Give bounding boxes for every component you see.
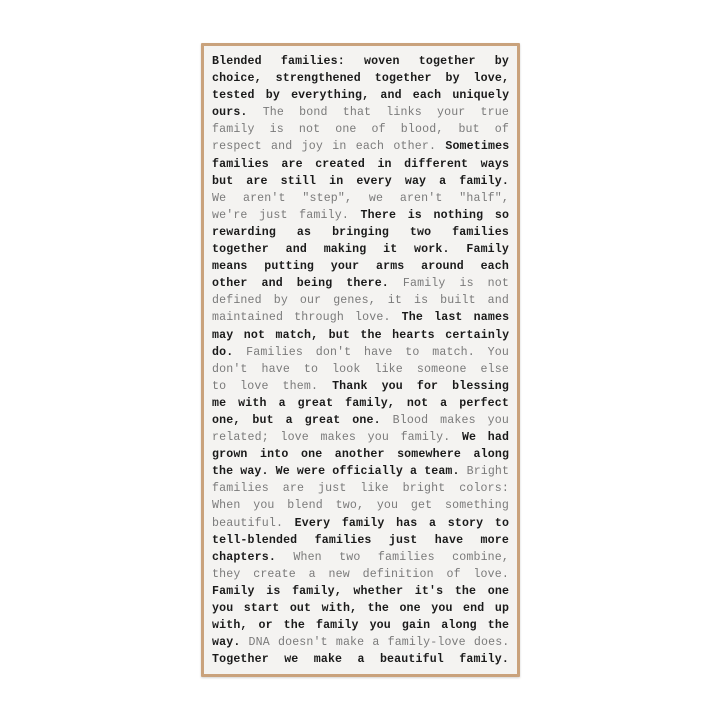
quote-bold-segment: Family is family, whether it's the one — [212, 585, 509, 598]
quote-bold-segment: The last names — [391, 311, 510, 324]
text-line: together and making it work. Family — [212, 241, 509, 258]
text-line: maintained through love. The last names — [212, 309, 509, 326]
quote-light-segment: we're just family. — [212, 209, 349, 222]
text-line: Family is family, whether it's the one — [212, 583, 509, 600]
wooden-sign: Blended families: woven together bychoic… — [201, 43, 520, 677]
quote-bold-segment: together and making it work. Family — [212, 243, 509, 256]
quote-bold-segment: way. — [212, 636, 240, 649]
text-line: with, or the family you gain along the — [212, 617, 509, 634]
text-line: tell-blended families just have more — [212, 532, 509, 549]
quote-bold-segment: rewarding as bringing two families — [212, 226, 509, 239]
quote-bold-segment: grown into one another somewhere along — [212, 448, 509, 461]
quote-light-segment: they create a new definition of love. — [212, 568, 509, 581]
text-line: defined by our genes, it is built and — [212, 292, 509, 309]
text-line: you start out with, the one you end up — [212, 600, 509, 617]
product-photo: Blended families: woven together bychoic… — [0, 0, 720, 720]
quote-bold-segment: tell-blended families just have more — [212, 534, 509, 547]
quote-bold-segment: with, or the family you gain along the — [212, 619, 509, 632]
quote-light-segment: beautiful. — [212, 517, 283, 530]
quote-light-segment: families are just like bright colors: — [212, 482, 509, 495]
quote-bold-segment: Every family has a story to — [283, 517, 509, 530]
text-line: When you blend two, you get something — [212, 497, 509, 514]
quote-bold-segment: means putting your arms around each — [212, 260, 509, 273]
text-line: the way. We were officially a team. Brig… — [212, 463, 509, 480]
text-line: but are still in every way a family. — [212, 173, 509, 190]
quote-bold-segment: choice, strengthened together by love, — [212, 72, 509, 85]
text-line: Blended families: woven together by — [212, 53, 509, 70]
quote-light-segment: maintained through love. — [212, 311, 391, 324]
text-line: beautiful. Every family has a story to — [212, 515, 509, 532]
quote-light-segment: family is not one of blood, but of — [212, 123, 509, 136]
quote-light-segment: Family is not — [389, 277, 509, 290]
text-line: we're just family. There is nothing so — [212, 207, 509, 224]
quote-light-segment: Blood makes you — [381, 414, 509, 427]
quote-light-segment: related; love makes you family. — [212, 431, 450, 444]
quote-bold-segment: families are created in different ways — [212, 158, 509, 171]
text-line: they create a new definition of love. — [212, 566, 509, 583]
quote-light-segment: We aren't "step", we aren't "half", — [212, 192, 509, 205]
text-line: related; love makes you family. We had — [212, 429, 509, 446]
text-line: me with a great family, not a perfect — [212, 395, 509, 412]
text-line: respect and joy in each other. Sometimes — [212, 138, 509, 155]
text-line: We aren't "step", we aren't "half", — [212, 190, 509, 207]
text-line: ours. The bond that links your true — [212, 104, 509, 121]
text-line: don't have to look like someone else — [212, 361, 509, 378]
quote-bold-segment: Together we make a beautiful family. — [212, 653, 509, 666]
quote-bold-segment: ours. — [212, 106, 248, 119]
quote-bold-segment: Thank you for blessing — [318, 380, 509, 393]
quote-light-segment: When two families combine, — [276, 551, 509, 564]
text-line: may not match, but the hearts certainly — [212, 327, 509, 344]
text-line: tested by everything, and each uniquely — [212, 87, 509, 104]
quote-bold-segment: Sometimes — [436, 140, 509, 153]
quote-bold-segment: Blended families: woven together by — [212, 55, 509, 68]
text-line: grown into one another somewhere along — [212, 446, 509, 463]
quote-light-segment: don't have to look like someone else — [212, 363, 509, 376]
quote-bold-segment: me with a great family, not a perfect — [212, 397, 509, 410]
quote-bold-segment: chapters. — [212, 551, 276, 564]
quote-light-segment: Families don't have to match. You — [233, 346, 509, 359]
text-line: family is not one of blood, but of — [212, 121, 509, 138]
text-line: to love them. Thank you for blessing — [212, 378, 509, 395]
quote-bold-segment: you start out with, the one you end up — [212, 602, 509, 615]
quote-bold-segment: other and being there. — [212, 277, 389, 290]
text-line: families are just like bright colors: — [212, 480, 509, 497]
text-line: other and being there. Family is not — [212, 275, 509, 292]
quote-light-segment: Bright — [460, 465, 510, 478]
text-line: rewarding as bringing two families — [212, 224, 509, 241]
sign-quote-text: Blended families: woven together bychoic… — [212, 53, 509, 668]
quote-bold-segment: tested by everything, and each uniquely — [212, 89, 509, 102]
quote-light-segment: to love them. — [212, 380, 318, 393]
text-line: Together we make a beautiful family. — [212, 651, 509, 668]
text-line: chapters. When two families combine, — [212, 549, 509, 566]
text-line: families are created in different ways — [212, 156, 509, 173]
quote-bold-segment: may not match, but the hearts certainly — [212, 329, 509, 342]
quote-light-segment: defined by our genes, it is built and — [212, 294, 509, 307]
quote-bold-segment: the way. We were officially a team. — [212, 465, 460, 478]
quote-bold-segment: but are still in every way a family. — [212, 175, 509, 188]
text-line: choice, strengthened together by love, — [212, 70, 509, 87]
quote-light-segment: respect and joy in each other. — [212, 140, 436, 153]
quote-bold-segment: do. — [212, 346, 233, 359]
text-line: means putting your arms around each — [212, 258, 509, 275]
sign-face: Blended families: woven together bychoic… — [204, 46, 517, 674]
text-line: way. DNA doesn't make a family-love does… — [212, 634, 509, 651]
quote-bold-segment: one, but a great one. — [212, 414, 381, 427]
quote-bold-segment: We had — [450, 431, 509, 444]
quote-light-segment: When you blend two, you get something — [212, 499, 509, 512]
quote-bold-segment: There is nothing so — [349, 209, 509, 222]
text-line: do. Families don't have to match. You — [212, 344, 509, 361]
quote-light-segment: DNA doesn't make a family-love does. — [240, 636, 509, 649]
quote-light-segment: The bond that links your true — [248, 106, 509, 119]
text-line: one, but a great one. Blood makes you — [212, 412, 509, 429]
